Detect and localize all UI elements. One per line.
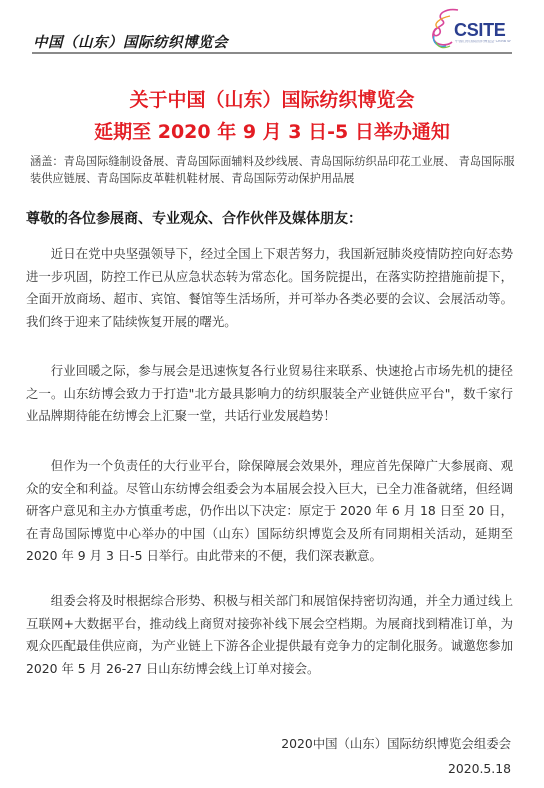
header-title: 中国（山东）国际纺织博览会 [33,31,228,52]
coverage-text: 涵盖：青岛国际缝制设备展、青岛国际面辅料及纱线展、青岛国际纺织品印花工业展、 青… [30,153,516,187]
body-paragraph: 组委会将及时根据综合形势、积极与相关部门和展馆保持密切沟通，并全力通过线上互联网… [26,590,513,680]
body-paragraph: 但作为一个负责任的大行业平台，除保障展会效果外，理应首先保障广大参展商、观众的安… [26,455,513,568]
body-paragraph: 近日在党中央坚强领导下，经过全国上下艰苦努力，我国新冠肺炎疫情防控向好态势进一步… [26,243,513,333]
csite-logo: CSITE 中国山东国际纺织博览会 China Shandong Interna… [428,6,514,50]
header-divider [32,52,512,54]
signature-organization: 2020中国（山东）国际纺织博览会组委会 [281,734,511,752]
signature-date: 2020.5.18 [448,761,511,776]
body-paragraph: 行业回暖之际，参与展会是迅速恢复各行业贸易往来联系、快速抢占市场先机的捷径之一。… [26,360,513,428]
logo-subtext: 中国山东国际纺织博览会 China Shandong International… [455,40,511,46]
notice-title-line1: 关于中国（山东）国际纺织博览会 [0,85,544,112]
salutation: 尊敬的各位参展商、专业观众、合作伙伴及媒体朋友： [26,208,362,228]
logo-text: CSITE [454,20,506,41]
notice-title-line2: 延期至 2020 年 9 月 3 日-5 日举办通知 [0,117,544,144]
